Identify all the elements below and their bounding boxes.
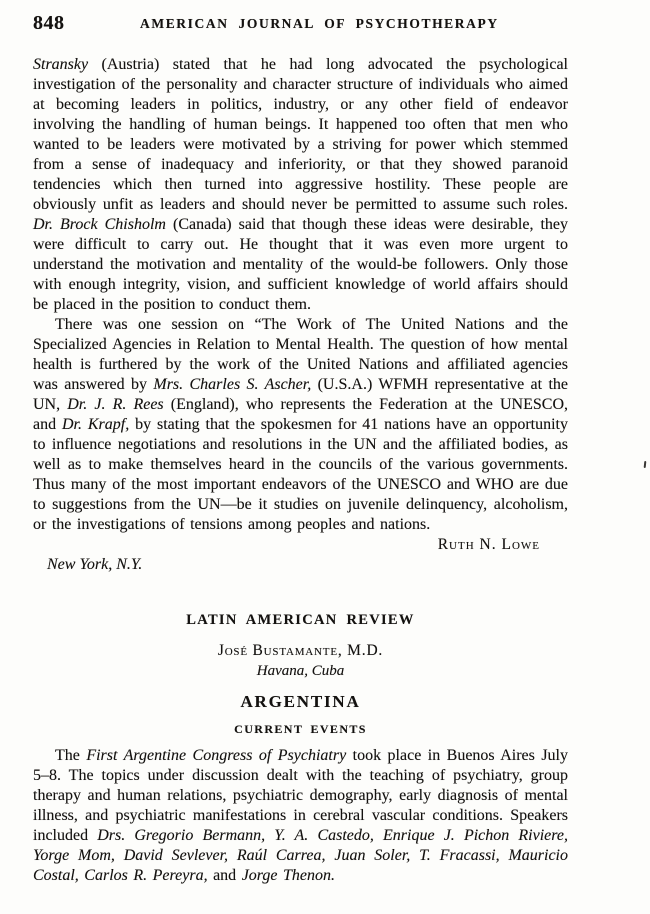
paragraph-un-session: There was one session on “The Work of Th… xyxy=(33,315,568,535)
journal-title: AMERICAN JOURNAL OF PSYCHOTHERAPY xyxy=(140,16,499,32)
text-run: (Austria) stated that he had long advoca… xyxy=(33,56,568,213)
running-header: 848 AMERICAN JOURNAL OF PSYCHOTHERAPY xyxy=(33,12,568,42)
author-signature: Ruth N. Lowe xyxy=(33,535,568,555)
subsection-heading-current-events: CURRENT EVENTS xyxy=(33,721,568,737)
text-run: Jorge Thenon. xyxy=(242,867,335,884)
scan-artifact xyxy=(644,461,647,468)
section-author-name: José Bustamante, M.D. xyxy=(33,642,568,660)
page-number: 848 xyxy=(33,12,65,35)
text-run: The xyxy=(55,747,86,764)
country-heading-argentina: ARGENTINA xyxy=(33,692,568,712)
text-run: Dr. Brock Chisholm xyxy=(33,216,166,233)
text-run: by stating that the spokesmen for 41 nat… xyxy=(33,416,568,533)
text-run: Stransky xyxy=(33,56,88,73)
text-run: Dr. Krapf, xyxy=(62,416,129,433)
page-body: Stransky (Austria) stated that he had lo… xyxy=(33,55,568,886)
section-title-latin-american-review: LATIN AMERICAN REVIEW xyxy=(33,611,568,629)
signature-location: New York, N.Y. xyxy=(33,555,568,575)
paragraph-argentine-congress: The First Argentine Congress of Psychiat… xyxy=(33,746,568,886)
section-author-location: Havana, Cuba xyxy=(33,662,568,680)
journal-page: 848 AMERICAN JOURNAL OF PSYCHOTHERAPY St… xyxy=(0,0,650,914)
paragraph-stransky: Stransky (Austria) stated that he had lo… xyxy=(33,55,568,315)
text-run: Dr. J. R. Rees xyxy=(67,396,163,413)
text-run: and xyxy=(208,867,242,884)
text-run: Mrs. Charles S. Ascher, xyxy=(153,376,311,393)
text-run: First Argentine Congress of Psychiatry xyxy=(86,747,346,764)
